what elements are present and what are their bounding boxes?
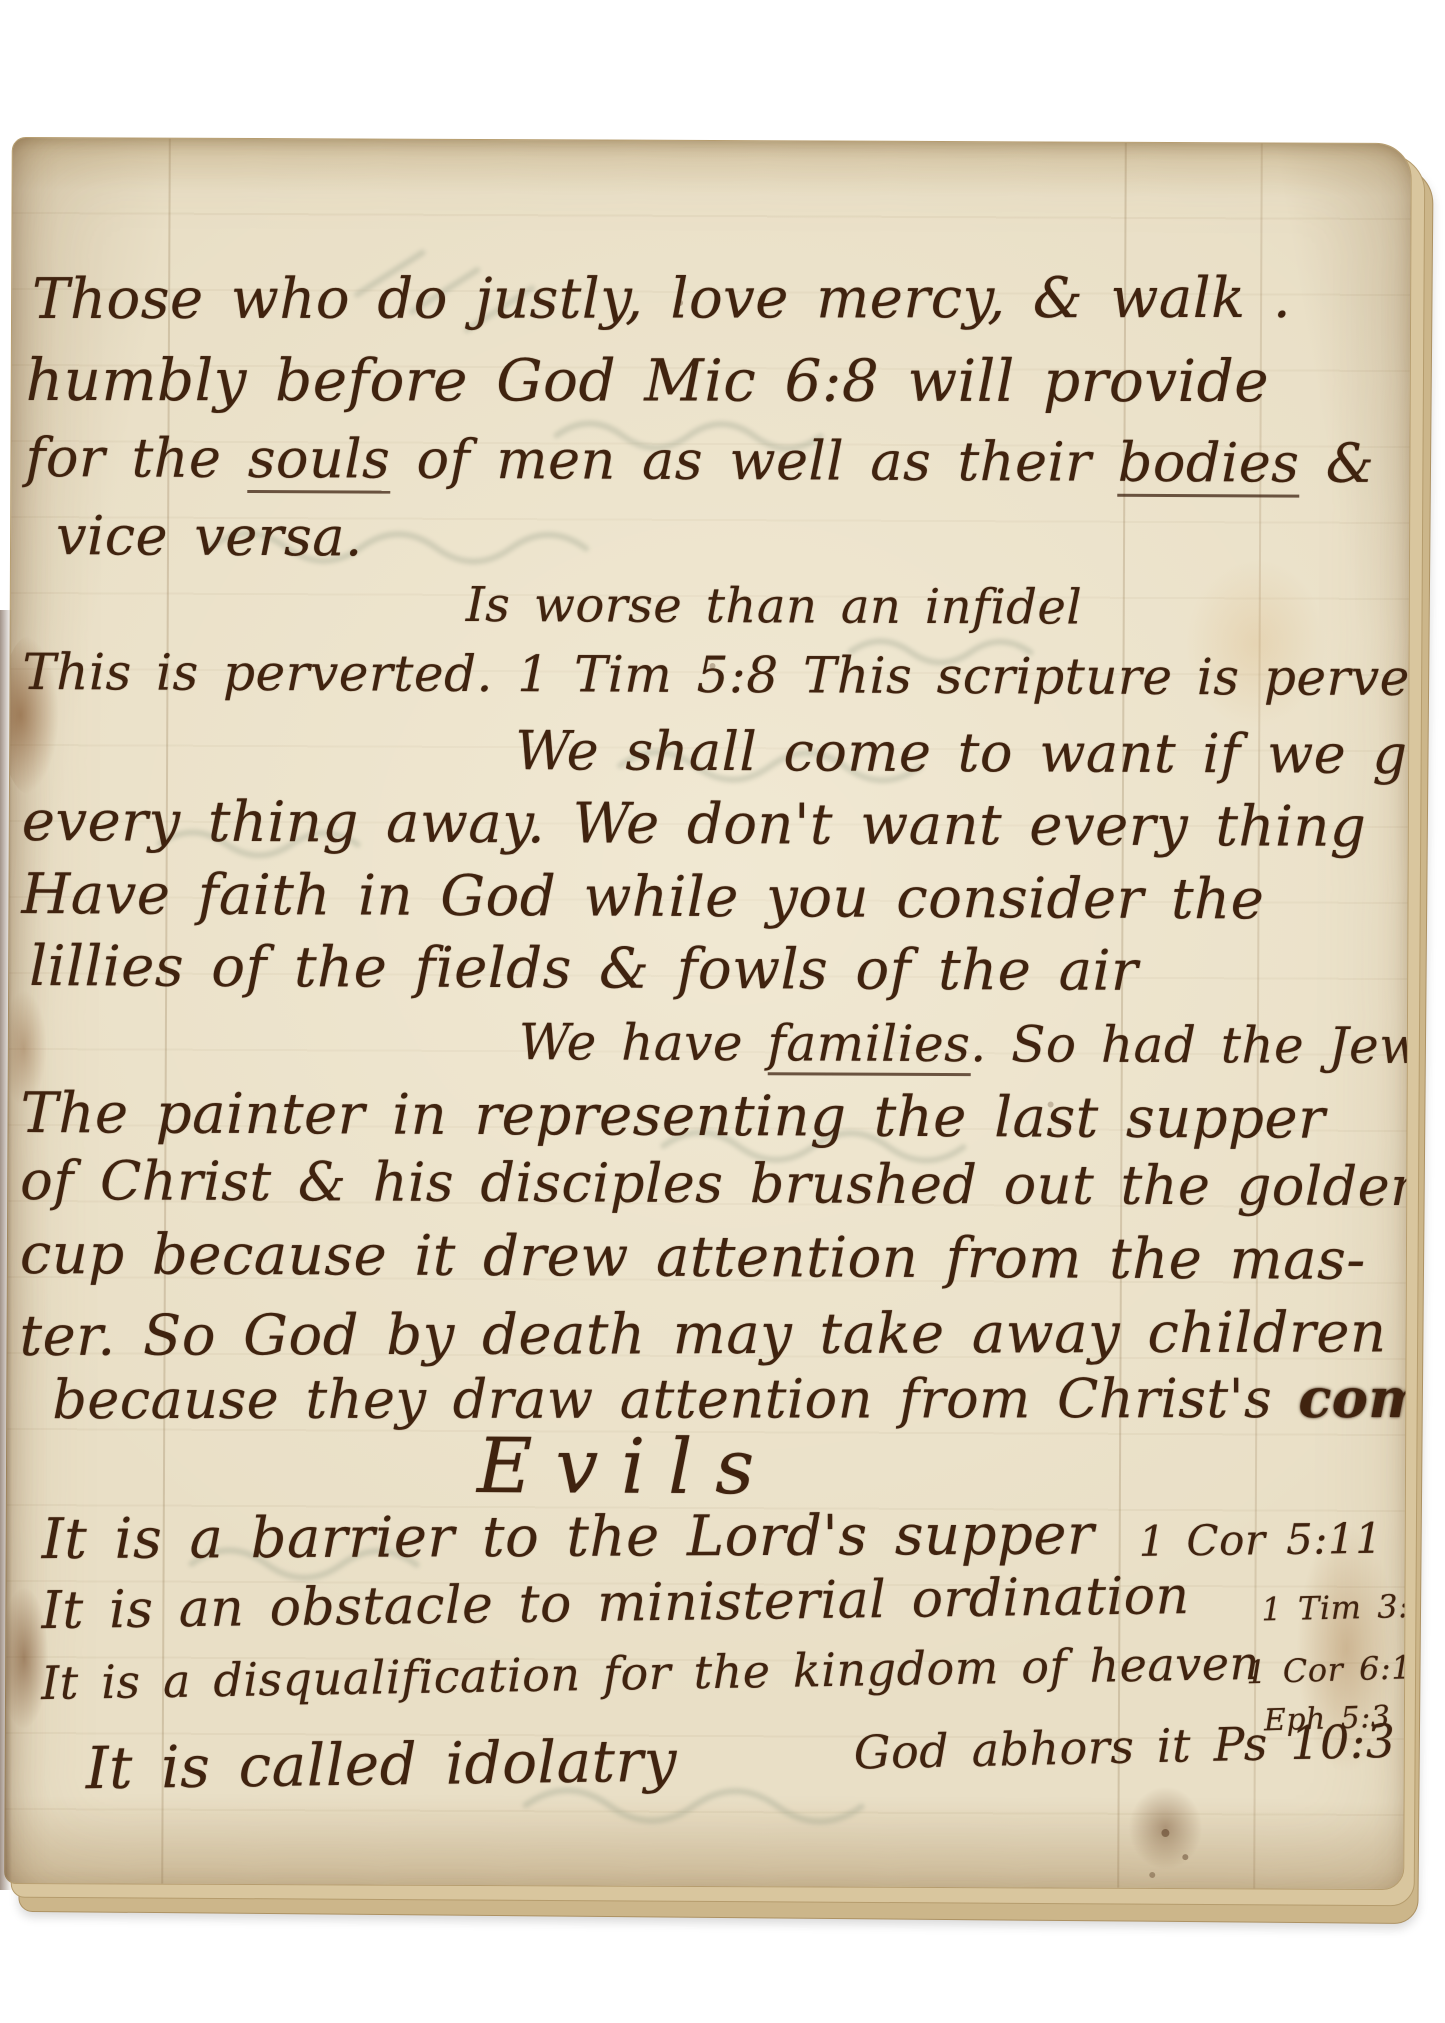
handwriting-segment: It is a barrier to the Lord's supper [42,1503,1095,1573]
line-05: Is worse than an infidel [466,577,1083,637]
handwriting-segment: command [1299,1366,1412,1430]
handwriting-segment: This is perverted. 1 Tim 5:8 This script… [22,643,1411,708]
handwriting-segment: every thing away. We don't want every th… [22,789,1367,860]
photo-background: Those who do justly, love mercy, & walk … [0,0,1445,2023]
handwriting-segment: 1 Tim 3:3 [1261,1587,1412,1629]
line-13: of Christ & his disciples brushed out th… [20,1149,1412,1220]
handwriting-segment: cup because it drew attention from the m… [20,1222,1366,1293]
line-12: The painter in representing the last sup… [20,1080,1325,1153]
handwriting-segment: humbly before God Mic 6:8 will provide [26,346,1269,415]
ref-19: 1 Tim 3:3 [1261,1587,1412,1629]
ref-20a: 1 Cor 6:10 [1246,1648,1412,1692]
ref-18: 1 Cor 5:11 [1138,1514,1382,1568]
handwriting-segment: It is called idolatry [85,1727,677,1803]
line-08: every thing away. We don't want every th… [22,788,1367,861]
line-19: It is an obstacle to ministerial ordinat… [41,1565,1190,1642]
line-18: It is a barrier to the Lord's supper [42,1502,1095,1574]
handwriting-segment: Is worse than an infidel [466,577,1083,636]
handwriting-segment: Evils [477,1421,777,1511]
line-10: lillies of the fields & fowls of the air [29,933,1138,1005]
underlined-word: families [767,1014,970,1076]
underlined-word: souls [248,427,391,494]
line-21b: God abhors it Ps 10:3 [853,1714,1396,1781]
line-14: cup because it drew attention from the m… [20,1221,1366,1294]
handwriting-segment: ter. So God by death may take away child… [19,1300,1386,1369]
handwriting-segment: The painter in representing the last sup… [20,1081,1325,1152]
line-21: It is called idolatry [85,1727,677,1804]
line-09: Have faith in God while you consider the [21,861,1264,934]
line-03: for the souls of men as well as their bo… [25,426,1374,497]
handwriting-segment: We have [519,1013,768,1072]
line-04: vice versa. [56,504,363,570]
handwriting-layer: Those who do justly, love mercy, & walk … [5,138,1411,1889]
handwriting-segment: of men as well as their [390,428,1118,494]
line-11: We have families. So had the Jews [519,1012,1412,1076]
handwriting-segment: 1 Cor 5:11 [1138,1514,1382,1566]
binding-shadow [0,610,12,1890]
handwriting-segment: of Christ & his disciples brushed out th… [20,1149,1412,1218]
manuscript-page: Those who do justly, love mercy, & walk … [4,137,1412,1890]
line-06: This is perverted. 1 Tim 5:8 This script… [22,642,1411,709]
handwriting-segment: We shall come to want if we give [515,719,1412,786]
handwriting-segment: Have faith in God while you consider the [21,862,1264,932]
line-01: Those who do justly, love mercy, & walk … [32,265,1291,333]
line-07: We shall come to want if we give [515,719,1412,788]
line-15: ter. So God by death may take away child… [19,1299,1386,1370]
handwriting-segment: & [1299,432,1374,495]
handwriting-segment: Those who do justly, love mercy, & walk … [32,266,1291,332]
handwriting-segment: It is an obstacle to ministerial ordinat… [41,1566,1190,1641]
handwriting-segment: 1 Cor 6:10 [1246,1648,1412,1692]
handwriting-segment: It is a disqualification for the kingdom… [41,1636,1260,1710]
handwriting-segment: lillies of the fields & fowls of the air [29,934,1138,1004]
handwriting-segment: God abhors it Ps 10:3 [853,1714,1396,1780]
line-17-heading: Evils [477,1420,777,1512]
handwriting-segment: for the [25,426,248,490]
handwriting-segment: . So had the Jews [970,1015,1412,1075]
line-02: humbly before God Mic 6:8 will provide [26,346,1269,417]
underlined-word: bodies [1118,431,1300,498]
handwriting-segment: vice versa. [56,504,363,568]
line-20: It is a disqualification for the kingdom… [41,1636,1260,1711]
